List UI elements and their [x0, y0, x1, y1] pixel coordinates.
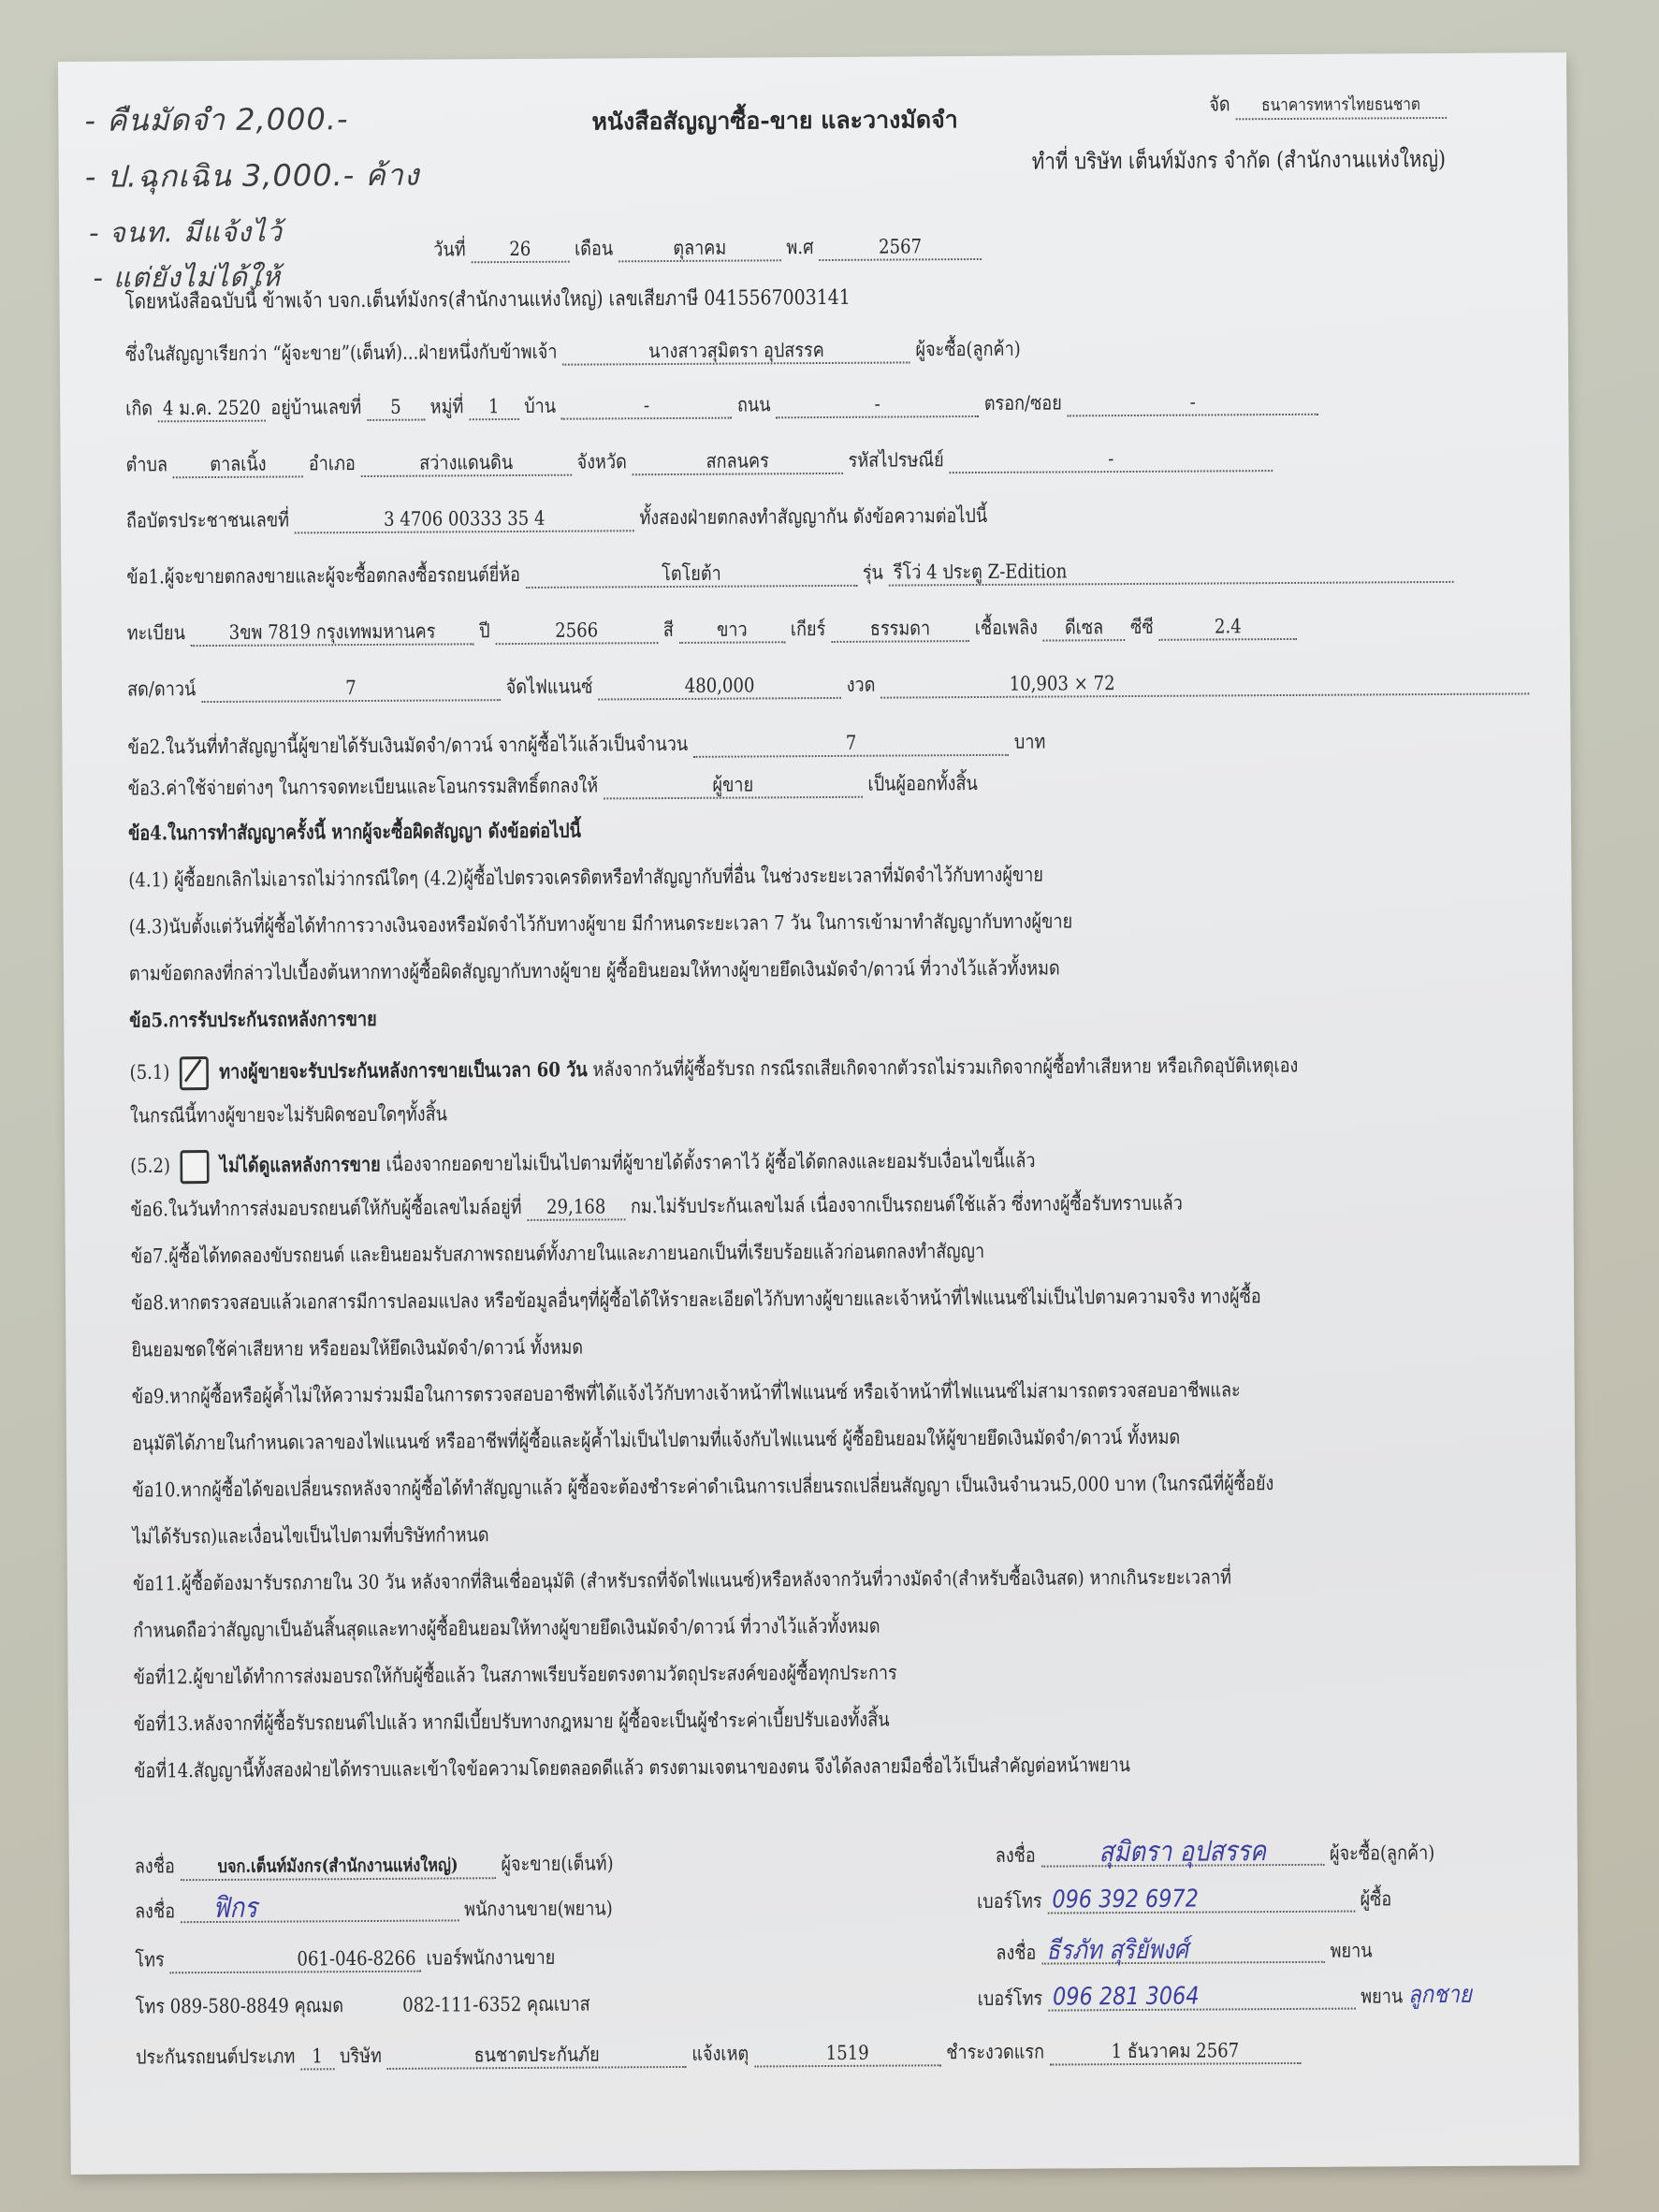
made-at: ทำที่ บริษัท เต็นท์มังกร จำกัด (สำนักงาน… — [1032, 147, 1447, 174]
mileage-value: 29,168 — [527, 1194, 625, 1221]
witness-phone-row: เบอร์โทร 096 281 3064 พยาน ลูกชาย — [978, 1983, 1472, 2012]
clause-11-line-1: ข้อ11.ผู้ซื้อต้องมารับรถภายใน 30 วัน หลั… — [133, 1564, 1231, 1595]
handwritten-note-3: - จนท. มีแจ้งไว้ — [89, 211, 283, 255]
contact-row: โทร 089-580-8849 คุณมด 082-111-6352 คุณเ… — [136, 1992, 590, 2019]
district-label: อำเภอ — [309, 452, 356, 474]
model-value: รีโว่ 4 ประตู Z-Edition — [889, 557, 1454, 587]
car-year-label: ปี — [479, 619, 490, 642]
brand-value: โตโยต้า — [526, 560, 857, 589]
clause-5-title: ข้อ5.การรับประกันรถหลังการขาย — [129, 1007, 377, 1033]
buyer-sign-label: ลงชื่อ — [996, 1844, 1036, 1867]
finance-label: จัด — [1209, 93, 1230, 115]
buyer-phone-label: เบอร์โทร — [977, 1890, 1042, 1913]
clause-2: ข้อ2.ในวันที่ทำสัญญานี้ผู้ขายได้รับเงินม… — [127, 730, 1045, 762]
subdistrict-value: ตาลเนิ้ง — [173, 451, 303, 478]
clause-5-2: (5.2) ไม่ได้ดูแลหลังการขาย เนื่องจากยอดข… — [130, 1145, 1036, 1185]
clause-10-line-2: ไม่ได้รับรถ)และเงื่อนไขเป็นไปตามที่บริษั… — [133, 1522, 489, 1549]
witness-signature-row: ลงชื่อ ธีรภัท สุริยัพงศ์ พยาน — [996, 1936, 1372, 1964]
down-label: สด/ดาวน์ — [127, 677, 196, 700]
clause-5-2-bold: ไม่ได้ดูแลหลังการขาย — [220, 1152, 381, 1176]
province-label: จังหวัด — [577, 450, 627, 473]
color-label: สี — [663, 618, 674, 641]
finance-amount-value: 480,000 — [598, 673, 841, 701]
installment-label: งวด — [847, 674, 876, 696]
id-card-row: ถือบัตรประชาชนเลขที่ 3 4706 00333 35 4 ท… — [126, 503, 987, 535]
intro-line: โดยหนังสือฉบับนี้ ข้าพเจ้า บจก.เต็นท์มัง… — [124, 286, 850, 315]
color-value: ขาว — [679, 617, 786, 644]
road-value: - — [776, 391, 979, 418]
address-row-2: ตำบล ตาลเนิ้ง อำเภอ สว่างแดนดิน จังหวัด … — [126, 445, 1273, 478]
clause-7: ข้อ7.ผู้ซื้อได้ทดลองขับรถยนต์ และยินยอมร… — [131, 1239, 984, 1269]
clause-3: ข้อ3.ค่าใช้จ่ายต่างๆ ในการจดทะเบียนและโอ… — [128, 771, 978, 803]
insurance-type-label: ประกันรถยนต์ประเภท — [136, 2045, 295, 2068]
gear-label: เกียร์ — [791, 618, 826, 640]
clause-5-1-number: (5.1) — [130, 1061, 170, 1084]
staff-phone-role: เบอร์พนักงานขาย — [426, 1946, 555, 1970]
down-value: 7 — [201, 675, 501, 703]
clause-5-1-line-2: ในกรณีนี้ทางผู้ขายจะไม่รับผิดชอบใดๆทั้งส… — [130, 1101, 447, 1128]
staff-phone-row: โทร 061-046-8266 เบอร์พนักงานขาย — [135, 1945, 555, 1974]
born-label: เกิด — [125, 397, 153, 419]
finance-amount-label: จัดไฟแนนซ์ — [506, 676, 593, 699]
document-title: หนังสือสัญญาซื้อ-ขาย และวางมัดจำ — [591, 101, 958, 140]
clause-4-line-2: (4.3)นับตั้งแต่วันที่ผู้ซื้อได้ทำการวางเ… — [129, 909, 1073, 939]
buyer-signature-row: ลงชื่อ สุมิตรา อุปสรรค ผู้จะซื้อ(ลูกค้า) — [996, 1839, 1435, 1868]
witness-phone: 096 281 3064 — [1048, 1984, 1356, 2012]
road-label: ถนน — [737, 393, 771, 415]
seller-signature-row: ลงชื่อ บจก.เต็นท์มังกร(สำนักงานแห่งใหญ่)… — [135, 1851, 614, 1881]
clause-5-1-bold: ทางผู้ขายจะรับประกันหลังการขายเป็นเวลา 6… — [219, 1057, 588, 1083]
month-label: เดือน — [575, 237, 613, 259]
seller-name: บจก.เต็นท์มังกร(สำนักงานแห่งใหญ่) — [180, 1853, 495, 1881]
seller-sign-label: ลงชื่อ — [135, 1855, 175, 1877]
house-no-label: อยู่บ้านเลขที่ — [270, 396, 361, 419]
buyer-phone-row: เบอร์โทร 096 392 6972 ผู้ซื้อ — [977, 1885, 1391, 1914]
clause-6-suffix: กม.ไม่รับประกันเลขไมล์ เนื่องจากเป็นรถยน… — [631, 1192, 1183, 1218]
clause-3-text: ข้อ3.ค่าใช้จ่ายต่างๆ ในการจดทะเบียนและโอ… — [128, 774, 598, 799]
finance-company-field: จัด ธนาคารทหารไทยธนชาต — [1209, 91, 1447, 121]
day-label: วันที่ — [433, 238, 466, 260]
clause-4-line-1: (4.1) ผู้ซื้อยกเลิกไม่เอารถไม่ว่ากรณีใดๆ… — [128, 863, 1043, 893]
contract-paper: - คืนมัดจำ 2,000.- - ป.ฉุกเฉิน 3,000.- ค… — [58, 52, 1579, 2175]
id-value: 3 4706 00333 35 4 — [295, 505, 634, 533]
fuel-label: เชื้อเพลิง — [975, 617, 1038, 639]
payment-row: สด/ดาวน์ 7 จัดไฟแนนซ์ 480,000 งวด 10,903… — [127, 668, 1529, 703]
seller-role: ผู้จะขาย(เต็นท์) — [501, 1852, 613, 1875]
clause-6-text: ข้อ6.ในวันทำการส่งมอบรถยนต์ให้กับผู้ซื้อ… — [130, 1196, 521, 1221]
clause-5-2-number: (5.2) — [130, 1155, 170, 1177]
clause-11-line-2: กำหนดถือว่าสัญญาเป็นอันสิ้นสุดและทางผู้ซ… — [133, 1614, 880, 1643]
deposit-value: 7 — [693, 730, 1009, 758]
contact-1: โทร 089-580-8849 คุณมด — [136, 1994, 344, 2017]
moo-value: 1 — [469, 394, 518, 420]
staff-signature-row: ลงชื่อ ฟิกร พนักงานขาย(พยาน) — [135, 1894, 613, 1923]
id-suffix: ทั้งสองฝ่ายตกลงทำสัญญากัน ดังข้อความต่อไ… — [639, 504, 987, 529]
cc-value: 2.4 — [1158, 614, 1297, 641]
cc-label: ซีซี — [1130, 616, 1154, 638]
staff-role: พนักงานขาย(พยาน) — [464, 1897, 613, 1920]
first-payment-label: ชำระงวดแรก — [946, 2041, 1044, 2064]
insurance-type-value: 1 — [300, 2044, 334, 2070]
clause-1-label: ข้อ1.ผู้จะขายตกลงขายและผู้จะซื้อตกลงซื้อ… — [126, 563, 520, 589]
moo-label: หมู่ที่ — [430, 395, 464, 417]
clause-5-2-rest: เนื่องจากยอดขายไม่เป็นไปตามที่ผู้ขายได้ต… — [386, 1149, 1035, 1175]
no-warranty-checkbox[interactable] — [181, 1150, 210, 1184]
model-label: รุ่น — [863, 561, 883, 584]
province-value: สกลนคร — [632, 448, 842, 475]
fuel-value: ดีเซล — [1043, 615, 1126, 642]
plate-label: ทะเบียน — [127, 621, 185, 644]
postcode-label: รหัสไปรษณีย์ — [849, 448, 944, 472]
claim-label: แจ้งเหตุ — [691, 2043, 749, 2065]
day-value: 26 — [471, 237, 569, 264]
village-label: บ้าน — [524, 395, 556, 417]
clause-1-row: ข้อ1.ผู้จะขายตกลงขายและผู้จะซื้อตกลงซื้อ… — [126, 557, 1453, 591]
clause-5-1-rest: หลังจากวันที่ผู้ซื้อรับรถ กรณีรถเสียเกิด… — [592, 1054, 1298, 1081]
subdistrict-label: ตำบล — [126, 453, 168, 475]
witness-phone-role: พยาน — [1361, 1985, 1403, 2007]
clause-10-line-1: ข้อ10.หากผู้ซื้อได้ขอเปลี่ยนรถหลังจากผู้… — [132, 1471, 1273, 1502]
buyer-phone: 096 392 6972 — [1047, 1886, 1355, 1914]
id-label: ถือบัตรประชาชนเลขที่ — [126, 509, 289, 532]
warranty-60-days-checkbox[interactable] — [180, 1056, 209, 1090]
first-payment-value: 1 ธันวาคม 2567 — [1050, 2038, 1301, 2066]
handwritten-note-1: - คืนมัดจำ 2,000.- — [84, 95, 348, 145]
buyer-name: นางสาวสุมิตรา อุปสรรค — [562, 337, 910, 365]
buyer-sign-role: ผู้จะซื้อ(ลูกค้า) — [1330, 1841, 1434, 1865]
clause-4-title: ข้อ4.ในการทำสัญญาครั้งนี้ หากผู้จะซื้อผิ… — [128, 819, 581, 846]
buyer-phone-role: ผู้ซื้อ — [1360, 1887, 1391, 1910]
clause-13: ข้อที่13.หลังจากที่ผู้ซื้อรับรถยนต์ไปแล้… — [134, 1708, 890, 1737]
gear-value: ธรรมดา — [831, 616, 969, 643]
staff-signature: ฟิกร — [181, 1895, 459, 1923]
clause-9-line-2: อนุมัติได้ภายในกำหนดเวลาของไฟแนนซ์ หรืออ… — [132, 1425, 1180, 1456]
transfer-payer-value: ผู้ขาย — [604, 772, 863, 800]
address-row-1: เกิด 4 ม.ค. 2520 อยู่บ้านเลขที่ 5 หมู่ที… — [125, 389, 1318, 423]
born-value: 4 ม.ค. 2520 — [158, 396, 266, 423]
year-value: 2567 — [819, 234, 982, 261]
soi-value: - — [1067, 389, 1317, 417]
clause-8-line-1: ข้อ8.หากตรวจสอบแล้วเอกสารมีการปลอมแปลง ห… — [131, 1284, 1261, 1315]
clause-3-suffix: เป็นผู้ออกทั้งสิ้น — [867, 772, 977, 795]
month-value: ตุลาคม — [618, 235, 781, 262]
handwritten-note-2: - ป.ฉุกเฉิน 3,000.- ค้าง — [85, 152, 420, 201]
clause-6: ข้อ6.ในวันทำการส่งมอบรถยนต์ให้กับผู้ซื้อ… — [130, 1191, 1182, 1224]
buyer-role: ผู้จะซื้อ(ลูกค้า) — [915, 338, 1020, 361]
witness-phone-label: เบอร์โทร — [978, 1987, 1043, 2010]
clause-4-line-3: ตามข้อตกลงที่กล่าวไปเบื้องต้นหากทางผู้ซื… — [129, 955, 1060, 985]
witness-sign-label: ลงชื่อ — [996, 1942, 1036, 1964]
clause-8-line-2: ยินยอมชดใช้ค่าเสียหาย หรือยอมให้ยึดเงินม… — [131, 1335, 583, 1362]
staff-sign-label: ลงชื่อ — [135, 1899, 175, 1922]
finance-value: ธนาคารทหารไทยธนชาต — [1235, 93, 1446, 120]
house-no-value: 5 — [367, 395, 425, 421]
installment-value: 10,903 × 72 — [880, 668, 1529, 698]
date-row: วันที่ 26 เดือน ตุลาคม พ.ศ 2567 — [433, 234, 982, 264]
witness-signature: ธีรภัท สุริยัพงศ์ — [1041, 1937, 1325, 1965]
clause-2-text: ข้อ2.ในวันที่ทำสัญญานี้ผู้ขายได้รับเงินม… — [127, 733, 688, 759]
postcode-value: - — [949, 445, 1273, 473]
buyer-signature: สุมิตรา อุปสรรค — [1041, 1840, 1324, 1868]
insurance-row: ประกันรถยนต์ประเภท 1 บริษัท ธนชาตประกันภ… — [136, 2038, 1301, 2072]
staff-phone: 061-046-8266 — [169, 1946, 420, 1974]
clause-14: ข้อที่14.สัญญานี้ทั้งสองฝ่ายได้ทราบและเข… — [134, 1753, 1130, 1783]
buyer-row: ซึ่งในสัญญาเรียกว่า “ผู้จะขาย”(เต็นท์)..… — [125, 337, 1021, 369]
witness-role: พยาน — [1331, 1939, 1373, 1961]
clause-5-1: (5.1) ทางผู้ขายจะรับประกันหลังการขายเป็น… — [129, 1050, 1298, 1091]
insurance-company-label: บริษัท — [340, 2045, 382, 2067]
year-label: พ.ศ — [786, 236, 813, 258]
insurance-company-value: ธนชาตประกันภัย — [387, 2042, 687, 2070]
district-value: สว่างแดนดิน — [360, 450, 571, 477]
plate-value: 3ขพ 7819 กรุงเทพมหานคร — [191, 618, 474, 647]
witness-relation: ลูกชาย — [1408, 1981, 1472, 2009]
staff-phone-label: โทร — [135, 1948, 164, 1971]
car-year-value: 2566 — [495, 618, 658, 645]
clause-12: ข้อที่12.ผู้ขายได้ทำการส่งมอบรถให้กับผู้… — [133, 1661, 896, 1690]
seller-label: ซึ่งในสัญญาเรียกว่า “ผู้จะขาย”(เต็นท์)..… — [125, 341, 558, 366]
clause-9-line-1: ข้อ9.หากผู้ซื้อหรือผู้ค้ำไม่ให้ความร่วมม… — [132, 1377, 1241, 1408]
soi-label: ตรอก/ซอย — [984, 391, 1062, 415]
village-value: - — [561, 393, 732, 420]
deposit-unit: บาท — [1014, 731, 1046, 753]
claim-value: 1519 — [754, 2040, 941, 2067]
contact-2: 082-111-6352 คุณเบาส — [402, 1993, 590, 2016]
registration-row: ทะเบียน 3ขพ 7819 กรุงเทพมหานคร ปี 2566 ส… — [127, 614, 1298, 648]
